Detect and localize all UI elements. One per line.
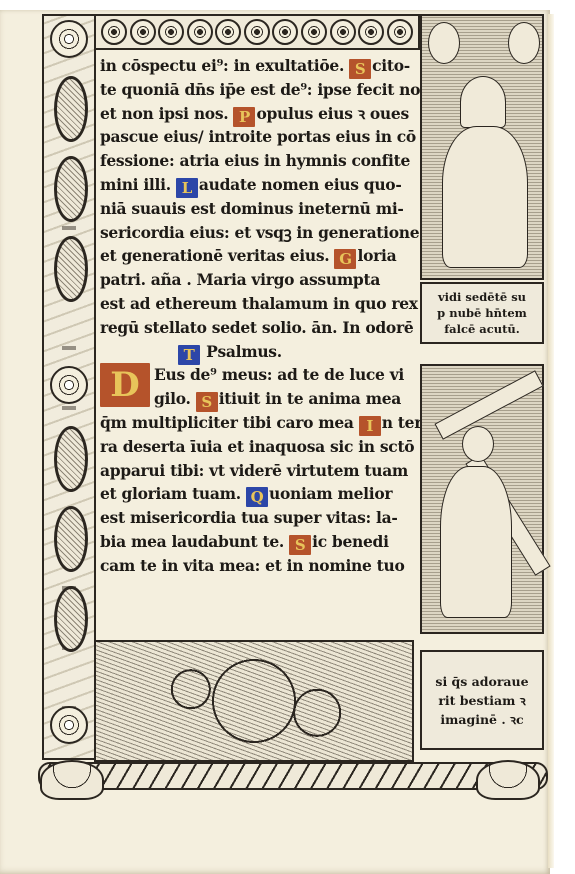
line-text: uoniam melior xyxy=(269,484,392,503)
text-line: et non ipsi nos. Populus eius ꝛ oues xyxy=(100,102,426,126)
initial-red: G xyxy=(334,249,356,269)
text-line: te quoniā dn̄s ip̄e est de⁹: ipse fecit … xyxy=(100,78,426,102)
cross-beam xyxy=(434,370,543,439)
text-line: ra deserta īuia et inaquosa sic in sctō xyxy=(100,435,426,459)
page-edge xyxy=(548,14,554,868)
text-line: et generationē veritas eius. Gloria xyxy=(100,244,426,268)
initial-red: P xyxy=(233,107,255,127)
line-text: et gloriam tuam. xyxy=(100,484,241,503)
initial-blue: L xyxy=(176,178,198,198)
text-line: apparui tibi: vt viderē virtutem tuam xyxy=(100,459,426,483)
initial-blue: Q xyxy=(246,487,268,507)
line-text: audate nomen eius quo- xyxy=(199,175,402,194)
line-text: regū stellato sedet solio. ān. In odorē xyxy=(100,318,413,337)
text-line: pascue eius/ introite portas eius in cō xyxy=(100,125,426,149)
scroll-volute-right xyxy=(476,760,540,800)
text-line: est misericordia tua super vitas: la- xyxy=(100,506,426,530)
woodcut-pope-with-angels xyxy=(420,14,544,280)
text-line: cam te in vita mea: et in nomine tuo xyxy=(100,554,426,578)
line-text: Eus de⁹ meus: ad te de luce vi xyxy=(154,365,404,384)
line-text: gilo. xyxy=(154,389,191,408)
rosette-icon xyxy=(130,19,156,45)
caption-line: rit bestiam ꝛ xyxy=(438,691,525,710)
line-text: et non ipsi nos. xyxy=(100,104,228,123)
line-text: est ad ethereum thalamum in quo rex xyxy=(100,294,418,313)
pope-robe-figure xyxy=(442,126,528,268)
line-text: et generationē veritas eius. xyxy=(100,246,329,265)
caption-panel-2: si q̄s adoraue rit bestiam ꝛ imaginē . ꝛ… xyxy=(420,650,544,750)
line-text: n ter xyxy=(382,413,422,432)
vine-twist-ornament xyxy=(54,76,88,142)
rosette-icon xyxy=(358,19,384,45)
rosette-icon xyxy=(215,19,241,45)
vine-twist-ornament xyxy=(54,506,88,572)
line-text: q̄m multipliciter tibi caro mea xyxy=(100,413,354,432)
vine-twist-ornament xyxy=(54,236,88,302)
top-rosette-band xyxy=(94,14,420,50)
angel-head-figure xyxy=(462,426,494,462)
caption-panel-1: vidi sedētē su p nubē hn̄tem falcē acutū… xyxy=(420,282,544,344)
caption-line: imaginē . ꝛc xyxy=(440,710,523,729)
text-line: bia mea laudabunt te. Sic benedi xyxy=(100,530,426,554)
line-text: ic benedi xyxy=(312,532,389,551)
line-text: bia mea laudabunt te. xyxy=(100,532,284,551)
foliate-scroll-ornament xyxy=(94,640,414,762)
rosette-icon xyxy=(158,19,184,45)
line-text: apparui tibi: vt viderē virtutem tuam xyxy=(100,461,408,480)
vine-twist-ornament xyxy=(54,586,88,652)
caption-line: vidi sedētē su xyxy=(438,289,526,305)
flower-ornament-icon xyxy=(50,366,88,404)
text-line: est ad ethereum thalamum in quo rex xyxy=(100,292,426,316)
text-line: mini illi. Laudate nomen eius quo- xyxy=(100,173,426,197)
rosette-icon xyxy=(187,19,213,45)
caption-line: p nubē hn̄tem xyxy=(437,305,527,321)
line-text: cam te in vita mea: et in nomine tuo xyxy=(100,556,405,575)
dropcap-initial: D xyxy=(100,363,150,407)
line-text: loria xyxy=(357,246,396,265)
psalm-heading: T Psalmus. xyxy=(100,340,426,364)
line-text: niā suauis est dominus ineternū mi- xyxy=(100,199,404,218)
vine-twist-ornament xyxy=(54,156,88,222)
initial-red: I xyxy=(359,416,381,436)
rosette-icon xyxy=(101,19,127,45)
caption-line: si q̄s adoraue xyxy=(435,672,528,691)
rosette-icon xyxy=(301,19,327,45)
line-text: te quoniā dn̄s ip̄e est de⁹: ipse fecit … xyxy=(100,80,429,99)
text-line: sericordia eius: et vsqꝫ in generatione xyxy=(100,221,426,245)
rosette-icon xyxy=(244,19,270,45)
caption-line: falcē acutū. xyxy=(444,321,520,337)
rosette-icon xyxy=(272,19,298,45)
rosette-icon xyxy=(387,19,413,45)
text-line: fessione: atria eius in hymnis confite xyxy=(100,149,426,173)
angel-robe-figure xyxy=(440,466,512,618)
initial-red: S xyxy=(349,59,371,79)
vine-twist-ornament xyxy=(54,426,88,492)
text-line: regū stellato sedet solio. ān. In odorē xyxy=(100,316,426,340)
line-text: fessione: atria eius in hymnis confite xyxy=(100,151,410,170)
woodcut-angel-with-cross xyxy=(420,364,544,634)
text-line: in cōspectu ei⁹: in exultatiōe. Scito- xyxy=(100,54,426,78)
text-line: niā suauis est dominus ineternū mi- xyxy=(100,197,426,221)
line-text: ra deserta īuia et inaquosa sic in sctō xyxy=(100,437,414,456)
line-text: patri. aña . Maria virgo assumpta xyxy=(100,270,380,289)
angel-left-figure xyxy=(428,22,460,64)
psalm-label: Psalmus. xyxy=(206,342,282,361)
initial-blue: T xyxy=(178,345,200,365)
line-text: cito- xyxy=(372,56,410,75)
text-line: patri. aña . Maria virgo assumpta xyxy=(100,268,426,292)
line-text: mini illi. xyxy=(100,175,171,194)
line-text: itiuit in te anima mea xyxy=(219,389,401,408)
left-vine-border xyxy=(42,14,96,760)
initial-red: S xyxy=(289,535,311,555)
line-text: pascue eius/ introite portas eius in cō xyxy=(100,127,416,146)
architectural-base xyxy=(38,762,548,790)
line-text: est misericordia tua super vitas: la- xyxy=(100,508,398,527)
flower-ornament-icon xyxy=(50,20,88,58)
line-text: in cōspectu ei⁹: in exultatiōe. xyxy=(100,56,344,75)
angel-right-figure xyxy=(508,22,540,64)
psalm-opening: D Eus de⁹ meus: ad te de luce vi gilo. S… xyxy=(100,363,426,411)
rosette-icon xyxy=(330,19,356,45)
scroll-volute-left xyxy=(40,760,104,800)
initial-red: S xyxy=(196,392,218,412)
line-text: sericordia eius: et vsqꝫ in generatione xyxy=(100,223,419,242)
pope-tiara-figure xyxy=(460,76,506,128)
text-line: q̄m multipliciter tibi caro mea In ter xyxy=(100,411,426,435)
text-line: et gloriam tuam. Quoniam melior xyxy=(100,482,426,506)
flower-ornament-icon xyxy=(50,706,88,744)
main-text-block: in cōspectu ei⁹: in exultatiōe. Scito- t… xyxy=(100,54,426,578)
line-text: opulus eius ꝛ oues xyxy=(256,104,408,123)
